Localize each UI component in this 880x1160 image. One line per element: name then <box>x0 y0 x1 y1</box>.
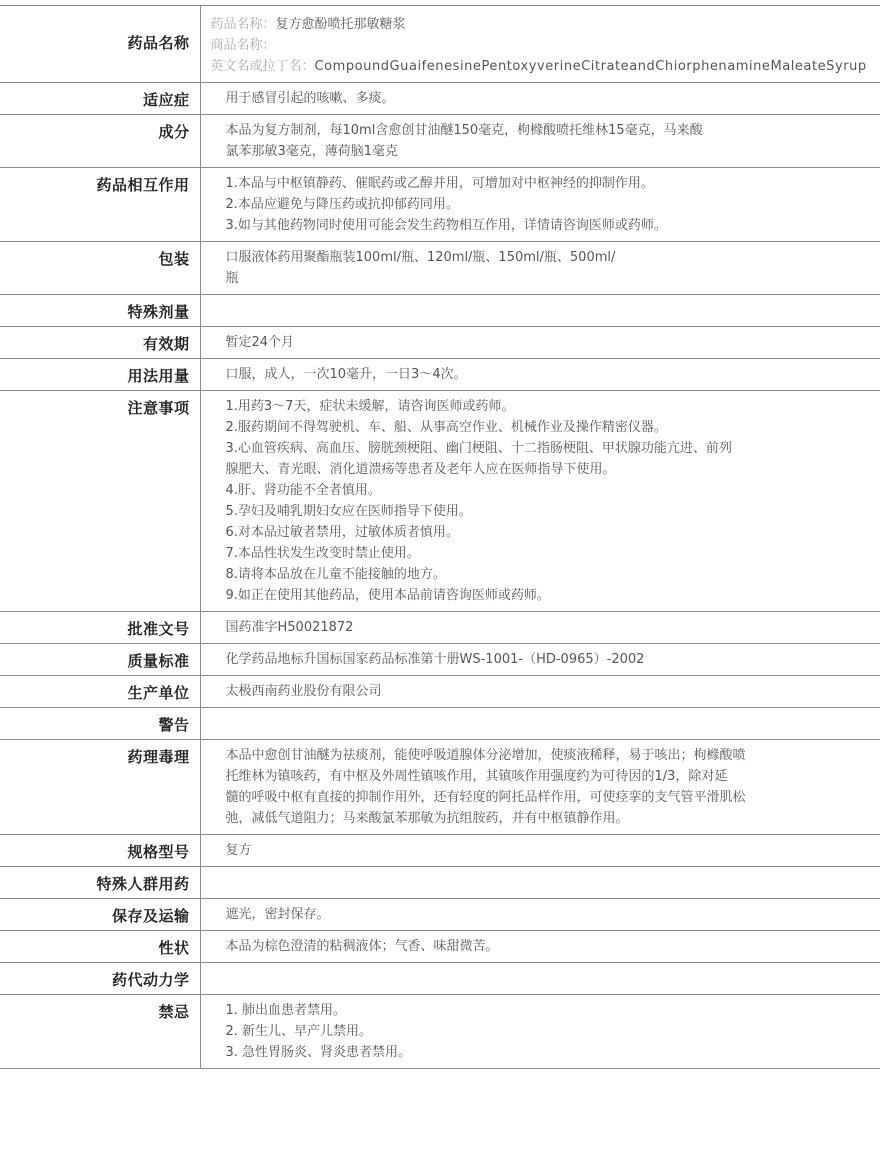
value-line: 口服液体药用聚酯瓶装100ml/瓶、120ml/瓶、150ml/瓶、500ml/ <box>226 247 871 268</box>
value-line: 遮光，密封保存。 <box>226 904 871 925</box>
row-label: 药品相互作用 <box>0 168 190 195</box>
row-label: 包装 <box>0 242 190 269</box>
row-label: 注意事项 <box>0 391 190 418</box>
value-line: 瓶 <box>226 268 871 289</box>
row-label: 用法用量 <box>0 359 190 386</box>
english-name-value: CompoundGuaifenesinePentoxyverineCitrate… <box>315 59 867 74</box>
value-line: 1.用药3～7天，症状未缓解，请咨询医师或药师。 <box>226 396 871 417</box>
row-value-cell: 1.用药3～7天，症状未缓解，请咨询医师或药师。 2.服药期间不得驾驶机、车、船… <box>200 391 880 612</box>
value-line: 髓的呼吸中枢有直接的抑制作用外，还有轻度的阿托品样作用，可使痉挛的支气管平滑肌松 <box>226 787 871 808</box>
value-line: 暂定24个月 <box>226 332 871 353</box>
row-label-cell: 适应症 <box>0 83 200 115</box>
row-label-cell: 批准文号 <box>0 612 200 644</box>
row-value-cell: 本品为复方制剂，每10ml含愈创甘油醚150毫克，枸橼酸喷托维林15毫克，马来酸… <box>200 115 880 168</box>
row-description: 性状 本品为棕色澄清的粘稠液体；气香、味甜微苦。 <box>0 931 880 963</box>
row-label-cell: 禁忌 <box>0 995 200 1069</box>
row-label: 生产单位 <box>0 676 190 703</box>
row-pharmacokinetics: 药代动力学 <box>0 963 880 995</box>
row-label-cell: 警告 <box>0 708 200 740</box>
value-line: 复方 <box>226 840 871 861</box>
row-packaging: 包装 口服液体药用聚酯瓶装100ml/瓶、120ml/瓶、150ml/瓶、500… <box>0 242 880 295</box>
row-value-cell: 遮光，密封保存。 <box>200 899 880 931</box>
row-value-cell: 国药准字H50021872 <box>200 612 880 644</box>
row-label-cell: 注意事项 <box>0 391 200 612</box>
row-label-cell: 成分 <box>0 115 200 168</box>
row-value-cell <box>200 708 880 740</box>
value-line: 6.对本品过敏者禁用，过敏体质者慎用。 <box>226 522 871 543</box>
value-line: 托维林为镇咳药，有中枢及外周性镇咳作用，其镇咳作用强度约为可待因的1/3，除对延 <box>226 766 871 787</box>
row-label: 药代动力学 <box>0 963 190 990</box>
row-value-cell: 本品为棕色澄清的粘稠液体；气香、味甜微苦。 <box>200 931 880 963</box>
row-label-cell: 药代动力学 <box>0 963 200 995</box>
row-shelf-life: 有效期 暂定24个月 <box>0 327 880 359</box>
row-value-cell <box>200 963 880 995</box>
row-label: 批准文号 <box>0 612 190 639</box>
row-contraindications: 禁忌 1. 肺出血患者禁用。 2. 新生儿、早产儿禁用。 3. 急性胃肠炎、肾炎… <box>0 995 880 1069</box>
value-line: 太极西南药业股份有限公司 <box>226 681 871 702</box>
row-label-cell: 包装 <box>0 242 200 295</box>
row-value-cell <box>200 867 880 899</box>
generic-name-line: 药品名称：复方愈酚喷托那敏糖浆 <box>211 14 871 35</box>
row-label: 质量标准 <box>0 644 190 671</box>
row-value-cell: 药品名称：复方愈酚喷托那敏糖浆 商品名称： 英文名或拉丁名：CompoundGu… <box>200 6 880 83</box>
row-label-cell: 特殊剂量 <box>0 295 200 327</box>
value-line: 7.本品性状发生改变时禁止使用。 <box>226 543 871 564</box>
value-line: 2. 新生儿、早产儿禁用。 <box>226 1021 871 1042</box>
value-line: 4.肝、肾功能不全者慎用。 <box>226 480 871 501</box>
value-line: 国药准字H50021872 <box>226 617 871 638</box>
row-label-cell: 特殊人群用药 <box>0 867 200 899</box>
row-manufacturer: 生产单位 太极西南药业股份有限公司 <box>0 676 880 708</box>
row-drug-interactions: 药品相互作用 1.本品与中枢镇静药、催眠药或乙醇并用，可增加对中枢神经的抑制作用… <box>0 168 880 242</box>
english-name-key: 英文名或拉丁名： <box>211 59 315 74</box>
value-line: 8.请将本品放在儿童不能接触的地方。 <box>226 564 871 585</box>
row-value-cell: 复方 <box>200 835 880 867</box>
value-line: 弛，减低气道阻力；马来酸氯苯那敏为抗组胺药，并有中枢镇静作用。 <box>226 808 871 829</box>
value-line: 本品中愈创甘油醚为祛痰剂，能使呼吸道腺体分泌增加，使痰液稀释，易于咳出；枸橼酸喷 <box>226 745 871 766</box>
row-label: 特殊人群用药 <box>0 867 190 894</box>
value-line: 3.心血管疾病、高血压、膀胱颈梗阻、幽门梗阻、十二指肠梗阻、甲状腺功能亢进、前列 <box>226 438 871 459</box>
row-label-cell: 有效期 <box>0 327 200 359</box>
value-line: 2.服药期间不得驾驶机、车、船、从事高空作业、机械作业及操作精密仪器。 <box>226 417 871 438</box>
row-label-cell: 药品名称 <box>0 6 200 83</box>
value-line: 5.孕妇及哺乳期妇女应在医师指导下使用。 <box>226 501 871 522</box>
value-line: 1. 肺出血患者禁用。 <box>226 1000 871 1021</box>
row-label: 禁忌 <box>0 995 190 1022</box>
row-label-cell: 性状 <box>0 931 200 963</box>
row-value-cell: 暂定24个月 <box>200 327 880 359</box>
row-label-cell: 规格型号 <box>0 835 200 867</box>
row-label: 药品名称 <box>0 6 190 53</box>
row-label: 药理毒理 <box>0 740 190 767</box>
row-value-cell: 口服液体药用聚酯瓶装100ml/瓶、120ml/瓶、150ml/瓶、500ml/… <box>200 242 880 295</box>
row-value-cell: 太极西南药业股份有限公司 <box>200 676 880 708</box>
row-value-cell: 口服，成人，一次10毫升，一日3～4次。 <box>200 359 880 391</box>
value-line: 化学药品地标升国标国家药品标准第十册WS-1001-（HD-0965）-2002 <box>226 649 871 670</box>
row-storage: 保存及运输 遮光，密封保存。 <box>0 899 880 931</box>
row-label-cell: 保存及运输 <box>0 899 200 931</box>
row-indications: 适应症 用于感冒引起的咳嗽、多痰。 <box>0 83 880 115</box>
value-line: 用于感冒引起的咳嗽、多痰。 <box>226 88 871 109</box>
row-quality-standard: 质量标准 化学药品地标升国标国家药品标准第十册WS-1001-（HD-0965）… <box>0 644 880 676</box>
value-line: 本品为复方制剂，每10ml含愈创甘油醚150毫克，枸橼酸喷托维林15毫克，马来酸 <box>226 120 871 141</box>
row-dosage: 用法用量 口服，成人，一次10毫升，一日3～4次。 <box>0 359 880 391</box>
row-label: 有效期 <box>0 327 190 354</box>
row-pharmacology-toxicology: 药理毒理 本品中愈创甘油醚为祛痰剂，能使呼吸道腺体分泌增加，使痰液稀释，易于咳出… <box>0 740 880 835</box>
value-line: 口服，成人，一次10毫升，一日3～4次。 <box>226 364 871 385</box>
row-precautions: 注意事项 1.用药3～7天，症状未缓解，请咨询医师或药师。 2.服药期间不得驾驶… <box>0 391 880 612</box>
row-specification: 规格型号 复方 <box>0 835 880 867</box>
drug-spec-table: 药品名称 药品名称：复方愈酚喷托那敏糖浆 商品名称： 英文名或拉丁名：Compo… <box>0 5 880 1069</box>
row-drug-name: 药品名称 药品名称：复方愈酚喷托那敏糖浆 商品名称： 英文名或拉丁名：Compo… <box>0 6 880 83</box>
value-line: 氯苯那敏3毫克，薄荷脑1毫克 <box>226 141 871 162</box>
english-name-line: 英文名或拉丁名：CompoundGuaifenesinePentoxyverin… <box>211 56 871 77</box>
value-line: 3. 急性胃肠炎、肾炎患者禁用。 <box>226 1042 871 1063</box>
row-label: 适应症 <box>0 83 190 110</box>
generic-name-key: 药品名称： <box>211 17 276 32</box>
row-label: 成分 <box>0 115 190 142</box>
value-line: 9.如正在使用其他药品，使用本品前请咨询医师或药师。 <box>226 585 871 606</box>
row-value-cell: 本品中愈创甘油醚为祛痰剂，能使呼吸道腺体分泌增加，使痰液稀释，易于咳出；枸橼酸喷… <box>200 740 880 835</box>
generic-name-value: 复方愈酚喷托那敏糖浆 <box>276 17 406 32</box>
value-line: 2.本品应避免与降压药或抗抑郁药同用。 <box>226 194 871 215</box>
row-value-cell: 1. 肺出血患者禁用。 2. 新生儿、早产儿禁用。 3. 急性胃肠炎、肾炎患者禁… <box>200 995 880 1069</box>
row-label-cell: 药品相互作用 <box>0 168 200 242</box>
row-label-cell: 生产单位 <box>0 676 200 708</box>
row-label: 警告 <box>0 708 190 735</box>
value-line: 腺肥大、青光眼、消化道溃疡等患者及老年人应在医师指导下使用。 <box>226 459 871 480</box>
row-ingredients: 成分 本品为复方制剂，每10ml含愈创甘油醚150毫克，枸橼酸喷托维林15毫克，… <box>0 115 880 168</box>
trade-name-key: 商品名称： <box>211 38 276 53</box>
row-special-dosage: 特殊剂量 <box>0 295 880 327</box>
row-warning: 警告 <box>0 708 880 740</box>
row-value-cell <box>200 295 880 327</box>
row-label-cell: 质量标准 <box>0 644 200 676</box>
value-line: 3.如与其他药物同时使用可能会发生药物相互作用，详情请咨询医师或药师。 <box>226 215 871 236</box>
row-label: 特殊剂量 <box>0 295 190 322</box>
row-value-cell: 用于感冒引起的咳嗽、多痰。 <box>200 83 880 115</box>
row-label: 规格型号 <box>0 835 190 862</box>
row-approval-number: 批准文号 国药准字H50021872 <box>0 612 880 644</box>
row-label: 保存及运输 <box>0 899 190 926</box>
value-line: 1.本品与中枢镇静药、催眠药或乙醇并用，可增加对中枢神经的抑制作用。 <box>226 173 871 194</box>
value-line: 本品为棕色澄清的粘稠液体；气香、味甜微苦。 <box>226 936 871 957</box>
row-label-cell: 药理毒理 <box>0 740 200 835</box>
row-value-cell: 化学药品地标升国标国家药品标准第十册WS-1001-（HD-0965）-2002 <box>200 644 880 676</box>
trade-name-line: 商品名称： <box>211 35 871 56</box>
row-value-cell: 1.本品与中枢镇静药、催眠药或乙醇并用，可增加对中枢神经的抑制作用。 2.本品应… <box>200 168 880 242</box>
row-label-cell: 用法用量 <box>0 359 200 391</box>
row-label: 性状 <box>0 931 190 958</box>
row-special-populations: 特殊人群用药 <box>0 867 880 899</box>
